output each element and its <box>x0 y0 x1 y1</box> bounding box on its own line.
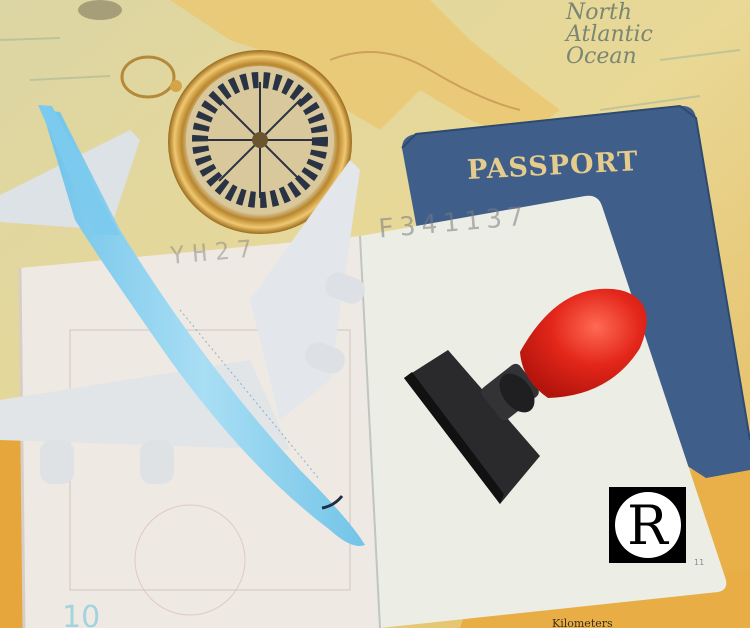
map-scale-label: Kilometers <box>552 617 613 628</box>
passport-page-number-small: 11 <box>694 558 704 567</box>
map-label-atlantic: Atlantic <box>566 24 653 46</box>
passport-page-number: 10 <box>62 600 100 628</box>
logo-circle: R <box>615 492 681 558</box>
map-ocean-label: North Atlantic Ocean <box>566 2 653 68</box>
logo-letter: R <box>627 499 668 553</box>
r-logo-watermark: R <box>609 487 686 563</box>
photo-scene: North Atlantic Ocean Kilometers PASSPORT… <box>0 0 750 628</box>
map-label-ocean: Ocean <box>566 46 653 68</box>
map-label-north: North <box>566 2 653 24</box>
